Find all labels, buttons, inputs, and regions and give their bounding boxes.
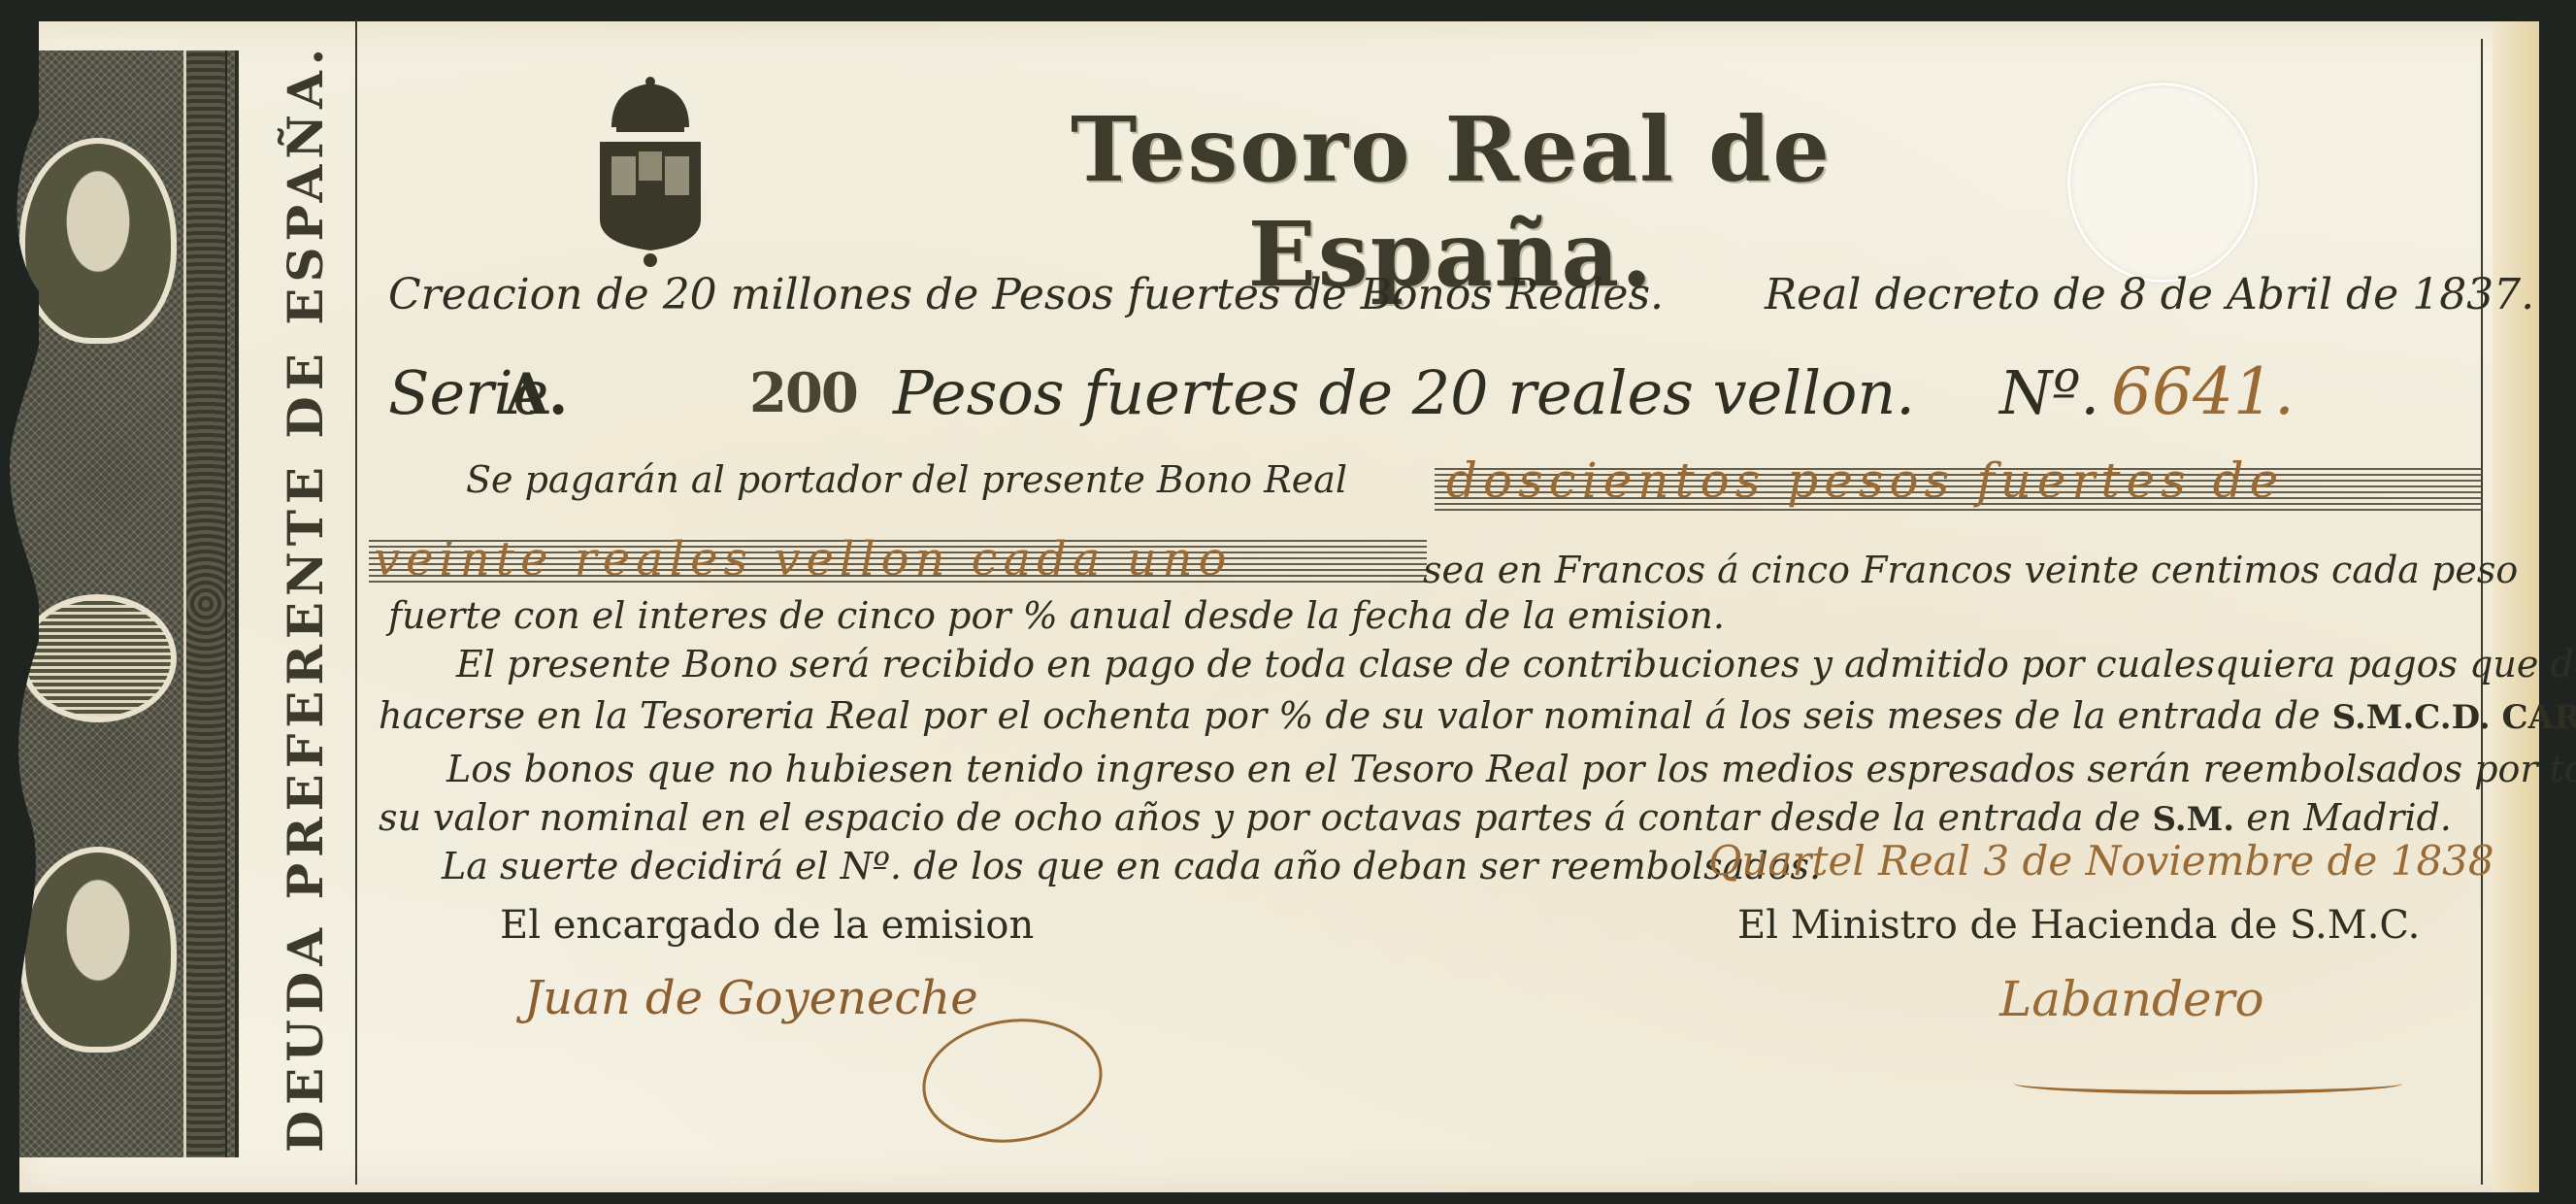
divider-line	[355, 19, 357, 1185]
divider-line	[2481, 39, 2483, 1185]
treasury-clause-text: hacerse en la Tesoreria Real por el oche…	[379, 694, 2321, 737]
creation-line: Creacion de 20 millones de Pesos fuertes…	[388, 270, 1664, 319]
serial-number-label: Nº.	[1999, 357, 2099, 428]
francs-clause: sea en Francos á cinco Francos veinte ce…	[1423, 549, 2518, 591]
guilloche-ornament-icon	[19, 594, 177, 722]
handwritten-amount-continued: veinte reales vellon cada uno	[374, 532, 1232, 586]
treasury-clause: hacerse en la Tesoreria Real por el oche…	[379, 694, 2576, 737]
palmette-ornament-icon	[19, 138, 177, 344]
lottery-clause: La suerte decidirá el Nº. de los que en …	[442, 845, 1821, 887]
term-clause-text: su valor nominal en el espacio de ocho a…	[379, 796, 2140, 839]
palmette-ornament-icon	[19, 847, 177, 1053]
decree-line: Real decreto de 8 de Abril de 1837.	[1765, 270, 2534, 319]
term-clause: su valor nominal en el espacio de ocho a…	[379, 796, 2452, 839]
paper-edge	[2493, 21, 2539, 1192]
serial-number-value: 6641.	[2111, 354, 2295, 429]
king-name: S.M.C.D. CARLOS Vº.	[2332, 698, 2576, 737]
minister-signature: Labandero	[1999, 971, 2264, 1027]
interest-clause: fuerte con el interes de cinco por % anu…	[388, 594, 1725, 637]
embossed-seal	[2067, 83, 2258, 283]
handwritten-place-date: Quartel Real 3 de Noviembre de 1838	[1708, 837, 2494, 885]
term-clause-end: en Madrid.	[2246, 796, 2452, 839]
bond-amount: 200	[749, 361, 857, 425]
king-abbrev: S.M.	[2152, 800, 2234, 839]
handwritten-amount: doscientos pesos fuertes de	[1446, 452, 2284, 509]
decorative-border	[183, 50, 227, 1157]
minister-label: El Ministro de Hacienda de S.M.C.	[1737, 903, 2420, 948]
royal-coat-of-arms-icon	[582, 74, 718, 268]
acceptance-clause: El presente Bono será recibido en pago d…	[456, 643, 2576, 686]
issuer-label: El encargado de la emision	[500, 903, 1034, 948]
side-label: DEUDA PREFERENTE DE ESPAÑA.	[262, 92, 349, 1102]
series-letter: A.	[505, 361, 568, 427]
payment-clause: Se pagarán al portador del presente Bono…	[466, 458, 1347, 501]
issuer-signature: Juan de Goyeneche	[524, 971, 978, 1025]
reimbursement-clause: Los bonos que no hubiesen tenido ingreso…	[446, 748, 2576, 790]
denomination-text: Pesos fuertes de 20 reales vellon.	[893, 357, 1915, 428]
signature-flourish-icon	[2014, 1073, 2402, 1094]
side-label-text: DEUDA PREFERENTE DE ESPAÑA.	[278, 42, 335, 1152]
